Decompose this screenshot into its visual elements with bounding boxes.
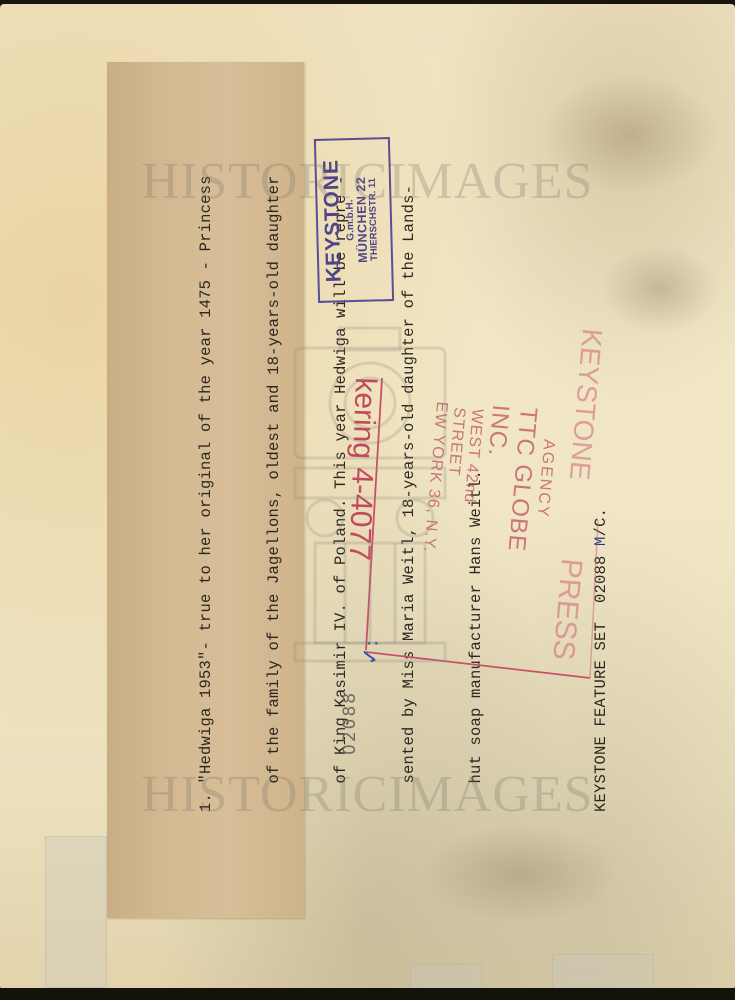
watermark-bottom: HISTORICIMAGES (0, 765, 735, 824)
pencil-number: 02088 (340, 691, 360, 755)
camera-watermark-icon (285, 318, 455, 668)
photo-edge (0, 988, 735, 1000)
watermark-top: HISTORICIMAGES (0, 152, 735, 211)
